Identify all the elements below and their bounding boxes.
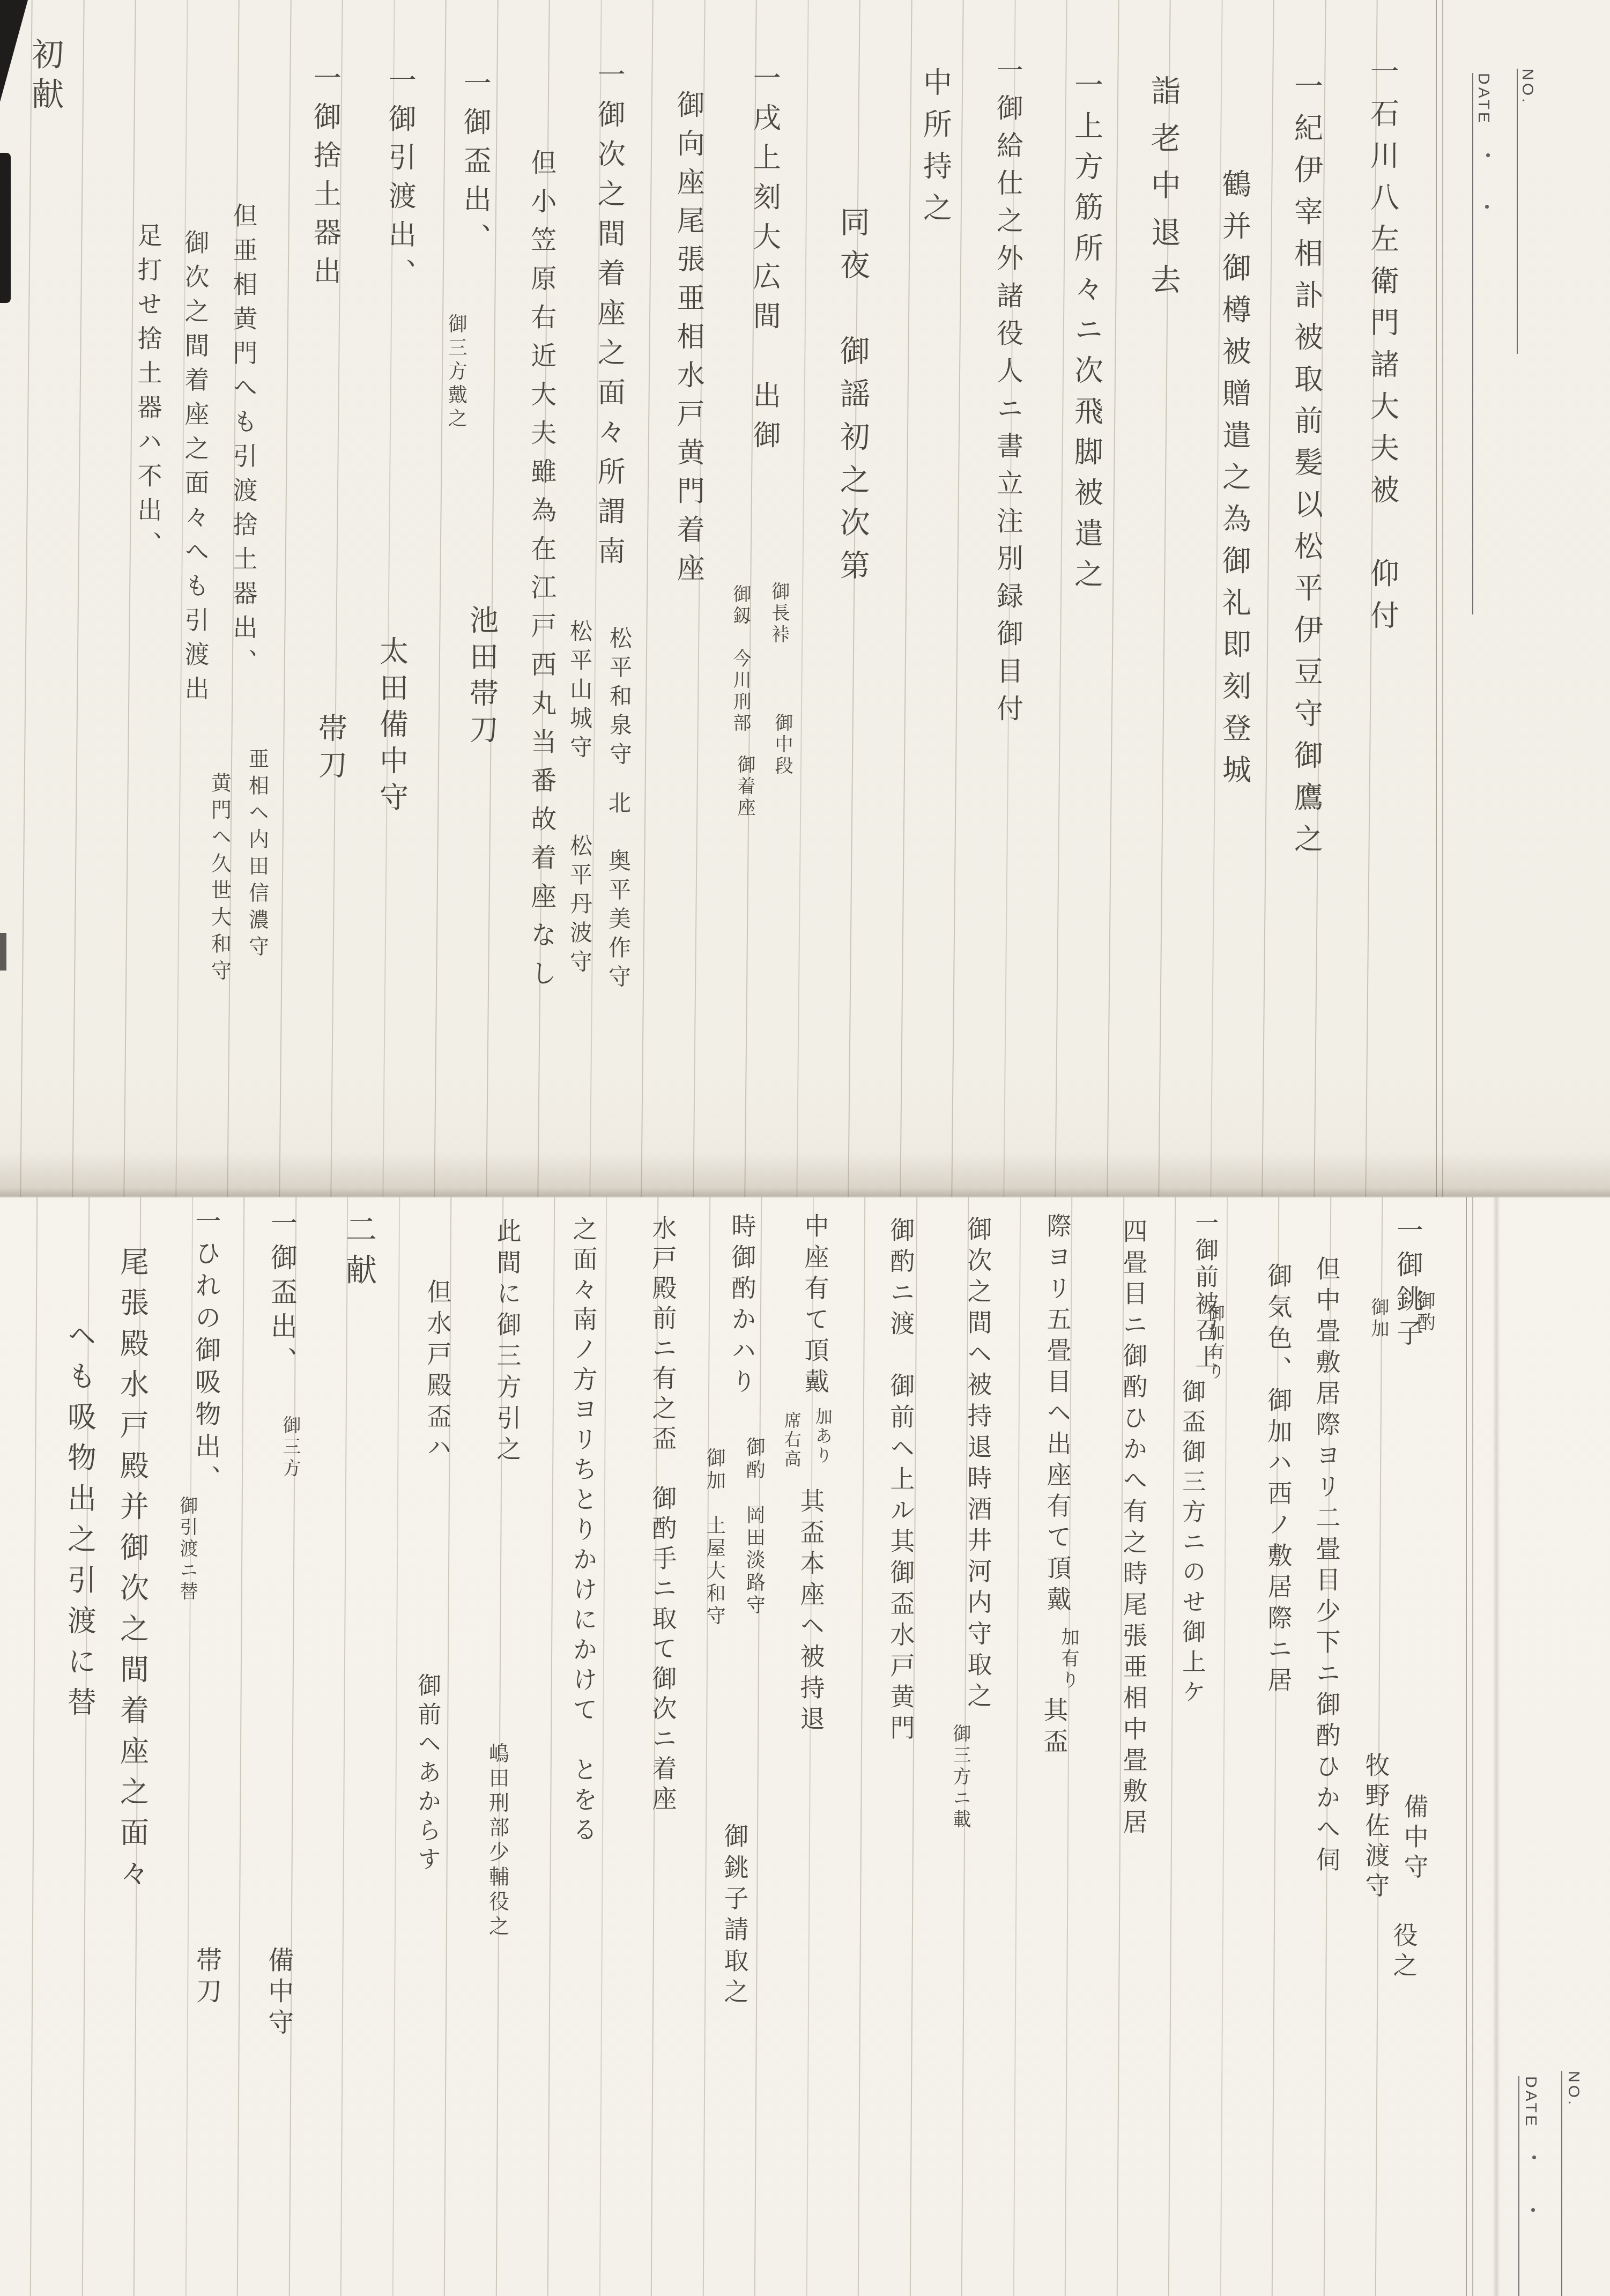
handwritten-column: 一紀伊宰相訃被取前髪以松平伊豆守御鷹之 [1290,71,1322,865]
handwritten-column: 御長裃 [769,582,789,646]
handwritten-column: 御酌ニ渡 御前ヘ上ル其御盃水戸黄門 [887,1217,915,1746]
handwritten-column: 一御盃出、 [267,1209,297,1381]
handwritten-column: 御加 土屋大和守 [703,1448,725,1628]
handwritten-column: 御釼 今川刑部 [730,584,751,735]
handwritten-column: 御盃御三方ニのせ御上ケ [1178,1379,1205,1709]
handwritten-column: 御引渡ニ替 [177,1496,197,1603]
handwritten-column: 太田備中守 [375,636,407,818]
handwritten-column: 御着座 [734,755,755,819]
handwritten-column: 中座有て頂戴 [801,1213,829,1399]
handwritten-column: 御向座尾張亜相水戸黄門着座 [672,90,703,592]
handwritten-column: 四畳目ニ御酌ひかへ有之時尾張亜相中畳敷居 [1119,1218,1147,1840]
handwritten-column: 北 奥平美作守 [606,791,631,994]
handwritten-column: 之面々南ノ方ヨリちとりかけにかけて とをる [569,1216,597,1847]
handwritten-column: ヘも吸物出之引渡に替 [63,1320,95,1728]
handwritten-column: 一御引渡出、 [384,65,415,297]
handwritten-column: 一御給仕之外諸役人ニ書立注別録御目付 [993,56,1023,732]
handwritten-column: 足打せ捨土器ハ不出、 [134,223,162,566]
handwritten-column: 池田帯刀 [465,605,498,751]
handwritten-column: 水戸殿前ニ有之盃 御酌手ニ取て御次ニ着座 [649,1215,677,1816]
handwritten-column: 御銚子請取之 [721,1823,748,2010]
handwritten-column: 但小笠原右近大夫雖為在江戸西丸当番故着座なし [526,149,555,998]
handwritten-column: 中所持之 [919,67,951,234]
handwritten-column: 加あり [813,1408,832,1465]
handwritten-column: 但水戸殿盃ハ [424,1279,451,1465]
handwritten-column: 鶴并御樽被贈遣之為御礼即刻登城 [1218,169,1250,796]
handwritten-column: 松平山城守 [567,619,592,764]
handwritten-column: 其盃本座ヘ被持退 [797,1488,825,1737]
handwritten-column: 但中畳敷居際ヨリ二畳目少下ニ御酌ひかへ伺 [1312,1256,1340,1878]
handwritten-column: 御前ヘあからす [414,1673,440,1876]
handwritten-column: 御三方 [280,1416,300,1480]
handwritten-column: 帯刀 [314,713,346,786]
handwritten-text-layer: 一石川八左衛門諸大夫被 仰付一紀伊宰相訃被取前髪以松平伊豆守御鷹之鶴并御樽被贈遣… [0,0,1610,2296]
handwritten-column: 時御酌かハり [728,1213,756,1399]
handwritten-column: 一御盃出、 [459,69,490,262]
handwritten-column: 松平丹波守 [567,834,592,979]
handwritten-column: 御酌 [1414,1291,1435,1334]
handwritten-column: 御三方ニ載 [950,1724,970,1831]
handwritten-column: 備中守 [1400,1794,1428,1884]
handwritten-column: 御加有り [1205,1304,1225,1381]
handwritten-column: 但亜相黄門へも引渡捨土器出、 [229,203,257,683]
handwritten-column: 御酌 岡田淡路守 [743,1437,765,1617]
handwritten-column: 二献 [341,1213,376,1294]
handwritten-column: 一ひれの御吸物出、 [191,1208,220,1497]
handwritten-column: 一御次之間着座之面々所謂南 [593,60,624,576]
handwritten-column: 帯刀 [192,1946,221,2009]
handwritten-column: 御次之間ヘ被持退時酒井河内守取之 [964,1216,992,1714]
handwritten-column: 同夜 御謡初之次第 [835,206,869,592]
handwritten-column: 役之 [1390,1922,1418,1982]
handwritten-column: 松平和泉守 [607,626,632,771]
handwritten-column: 御次之間着座之面々へも引渡出 [181,229,209,710]
handwritten-column: 際ヨリ五畳目ヘ出座有て頂戴 [1043,1213,1071,1617]
handwritten-column: 御三方戴之 [445,314,466,432]
scanned-notebook-document: NO. DATE NO. DATE 一石川八左衛門諸大夫被 仰付一紀伊宰相 [0,0,1610,2296]
handwritten-column: 一石川八左衛門諸大夫被 仰付 [1366,56,1398,642]
handwritten-column: 嶋田刑部少輔役之 [486,1743,509,1940]
handwritten-column: 御加 [1368,1298,1389,1340]
handwritten-column: 詣老中退去 [1146,75,1180,311]
handwritten-column: 備中守 [264,1946,293,2040]
handwritten-column: 牧野佐渡守 [1362,1752,1390,1902]
handwritten-column: 一上方筋所々ニ次飛脚被遣之 [1070,70,1102,599]
handwritten-column: 初献 [27,38,63,117]
handwritten-column: 尾張殿水戸殿并御次之間着座之面々 [116,1247,148,1899]
handwritten-column: 加有り [1058,1627,1079,1692]
handwritten-column: 席右高 [782,1411,801,1469]
handwritten-column: 一御捨土器出 [309,63,340,295]
handwritten-column: 此間に御三方引之 [493,1218,521,1467]
handwritten-column: 御気色、御加ハ西ノ敷居際ニ居 [1264,1263,1292,1698]
handwritten-column: 亜相ヘ内田信濃守 [246,748,269,962]
handwritten-column: 御中段 [772,713,792,777]
handwritten-column: 黄門ヘ久世大和守 [208,772,231,987]
handwritten-column: 其盃 [1040,1697,1068,1759]
handwritten-column: 一戌上刻大広間 出御 [748,63,780,460]
